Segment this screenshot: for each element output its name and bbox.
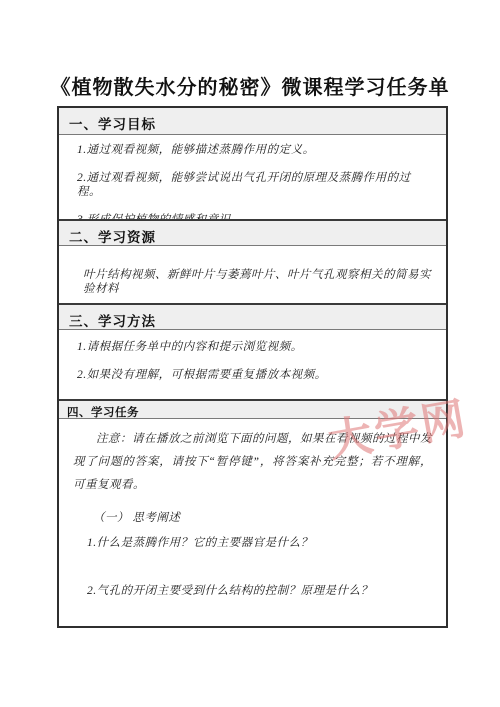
page-title: 《植物散失水分的秘密》微课程学习任务单	[0, 71, 500, 100]
task-question: 1.什么是蒸腾作用？它的主要器官是什么？	[87, 536, 434, 550]
goal-item: 2.通过观看视频，能够尝试说出气孔开闭的原理及蒸腾作用的过程。	[77, 171, 434, 199]
section-heading-goals: 一、学习目标	[59, 108, 446, 135]
goal-item: 1.通过观看视频，能够描述蒸腾作用的定义。	[77, 143, 434, 157]
section-body-tasks: 注意：请在播放之前浏览下面的问题，如果在看视频的过程中发现了问题的答案，请按下“…	[59, 419, 446, 630]
task-question: 2.气孔的开闭主要受到什么结构的控制？原理是什么？	[87, 584, 434, 598]
section-heading-tasks: 四、学习任务	[59, 399, 446, 419]
task-sheet-table: 一、学习目标 1.通过观看视频，能够描述蒸腾作用的定义。 2.通过观看视频，能够…	[57, 106, 448, 628]
document-page: { "page": { "title": "《植物散失水分的秘密》微课程学习任务…	[0, 0, 500, 707]
method-item: 2.如果没有理解，可根据需要重复播放本视频。	[77, 368, 434, 382]
section-body-methods: 1.请根据任务单中的内容和提示浏览视频。 2.如果没有理解，可根据需要重复播放本…	[59, 330, 446, 399]
section-heading-resources: 二、学习资源	[59, 219, 446, 246]
task-subheading: （一） 思考阐述	[93, 511, 434, 525]
task-notice: 注意：请在播放之前浏览下面的问题，如果在看视频的过程中发现了问题的答案，请按下“…	[73, 428, 432, 497]
section-body-goals: 1.通过观看视频，能够描述蒸腾作用的定义。 2.通过观看视频，能够尝试说出气孔开…	[59, 135, 446, 219]
section-heading-methods: 三、学习方法	[59, 303, 446, 330]
method-item: 1.请根据任务单中的内容和提示浏览视频。	[77, 340, 434, 354]
section-body-resources: 叶片结构视频、新鲜叶片与萎蔫叶片、叶片气孔观察相关的简易实验材料	[59, 246, 446, 303]
resource-item: 叶片结构视频、新鲜叶片与萎蔫叶片、叶片气孔观察相关的简易实验材料	[83, 268, 434, 296]
